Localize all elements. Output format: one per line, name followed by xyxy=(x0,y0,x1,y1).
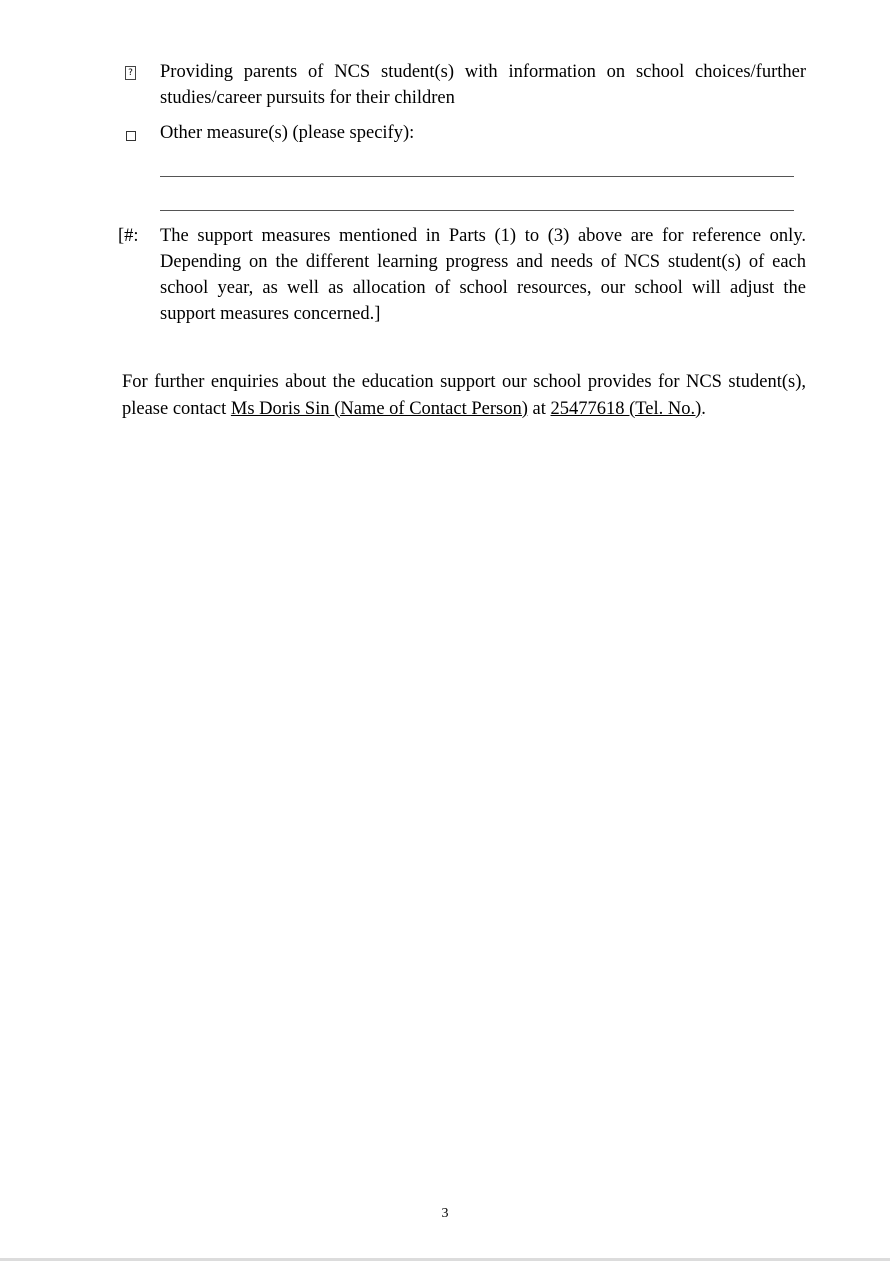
list-item-parent-information: ? Providing parents of NCS student(s) wi… xyxy=(122,59,806,111)
specify-blank-line-1 xyxy=(160,176,794,177)
specify-blank-line-2 xyxy=(160,210,794,211)
contact-middle: at xyxy=(528,399,551,419)
note-label: [#: xyxy=(118,223,139,249)
page-number: 3 xyxy=(0,1206,890,1222)
list-item-other-measures: Other measure(s) (please specify): xyxy=(122,120,806,146)
reference-note: [#: The support measures mentioned in Pa… xyxy=(118,223,806,327)
contact-suffix: . xyxy=(701,399,706,419)
contact-tel: 25477618 (Tel. No.) xyxy=(551,399,702,419)
item-text: Other measure(s) (please specify): xyxy=(160,120,806,146)
contact-paragraph: For further enquiries about the educatio… xyxy=(122,369,806,422)
note-text: The support measures mentioned in Parts … xyxy=(160,223,806,327)
empty-checkbox-icon xyxy=(122,120,160,151)
checkbox-icon: ? xyxy=(122,59,160,85)
contact-person: Ms Doris Sin (Name of Contact Person) xyxy=(231,399,528,419)
document-page: ? Providing parents of NCS student(s) wi… xyxy=(0,0,890,1256)
item-text: Providing parents of NCS student(s) with… xyxy=(160,59,806,111)
